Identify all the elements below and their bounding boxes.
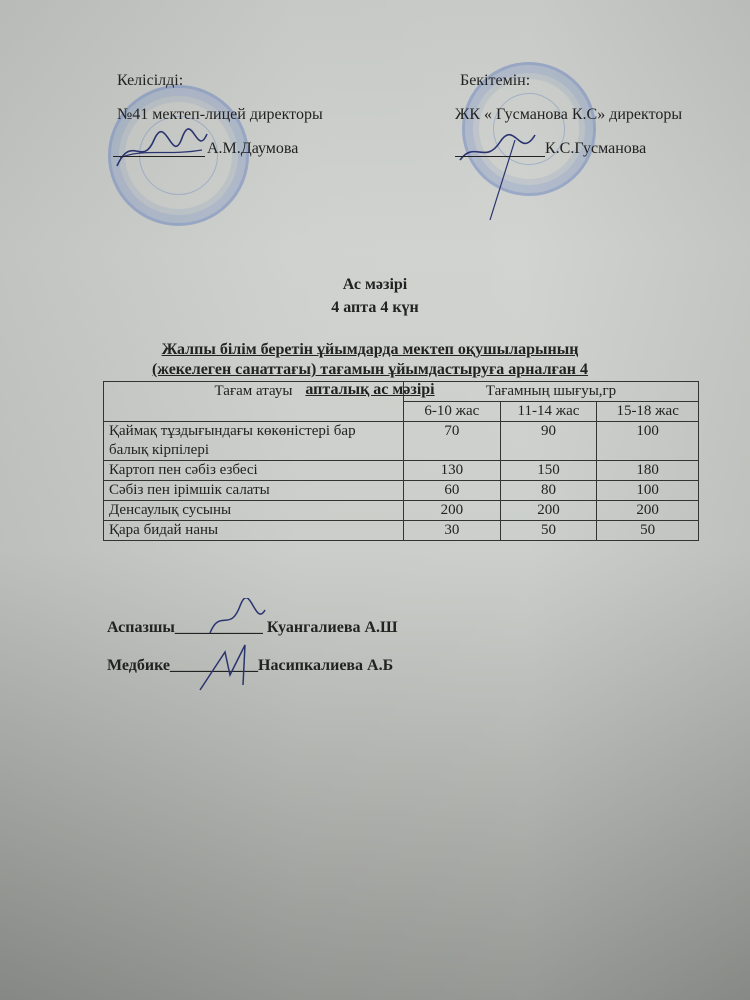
age-group-header: 6-10 жас	[403, 402, 500, 422]
dish-name: Сәбіз пен ірімшік салаты	[104, 481, 404, 501]
agreed-name: А.М.Даумова	[207, 140, 298, 158]
dish-name: Қара бидай наны	[104, 521, 404, 541]
dish-name: Қаймақ тұздығындағы көкөністері бар балы…	[104, 422, 404, 461]
portion-value: 150	[500, 461, 597, 481]
dish-name: Картоп пен сәбіз езбесі	[104, 461, 404, 481]
portion-value: 100	[597, 481, 699, 501]
table-row: Қара бидай наны305050	[104, 521, 699, 541]
age-group-header: 11-14 жас	[500, 402, 597, 422]
agreed-signature-line	[113, 156, 205, 157]
portion-value: 60	[403, 481, 500, 501]
dish-name-header: Тағам атауы	[104, 382, 404, 422]
approved-signature-line	[455, 156, 545, 157]
approver-signature-scribble	[455, 130, 545, 225]
nurse-name: Насипкалиева А.Б	[258, 657, 393, 674]
portion-value: 200	[403, 501, 500, 521]
portion-value: 130	[403, 461, 500, 481]
approved-heading: Бекітемін:	[460, 72, 530, 90]
portion-value: 50	[500, 521, 597, 541]
menu-period: 4 апта 4 күн	[0, 299, 750, 317]
menu-table: Тағам атауы Тағамның шығуы,гр 6-10 жас 1…	[103, 381, 699, 541]
portion-value: 200	[500, 501, 597, 521]
menu-title: Ас мәзірі	[0, 276, 750, 294]
portion-value: 200	[597, 501, 699, 521]
approved-position: ЖК « Гусманова К.С» директоры	[455, 106, 682, 124]
portion-value: 80	[500, 481, 597, 501]
approved-name: К.С.Гусманова	[545, 140, 646, 158]
agreed-heading: Келісілді:	[117, 72, 183, 90]
dish-name: Денсаулық сусыны	[104, 501, 404, 521]
portion-value: 180	[597, 461, 699, 481]
table-row: Картоп пен сәбіз езбесі130150180	[104, 461, 699, 481]
table-row: Қаймақ тұздығындағы көкөністері бар балы…	[104, 422, 699, 461]
portion-value: 30	[403, 521, 500, 541]
age-group-header: 15-18 жас	[597, 402, 699, 422]
table-row: Денсаулық сусыны200200200	[104, 501, 699, 521]
table-row: Сәбіз пен ірімшік салаты6080100	[104, 481, 699, 501]
portion-header: Тағамның шығуы,гр	[403, 382, 698, 402]
cook-role: Аспазшы	[107, 619, 175, 636]
nurse-signature-scribble	[195, 640, 265, 695]
portion-value: 100	[597, 422, 699, 461]
portion-value: 50	[597, 521, 699, 541]
portion-value: 90	[500, 422, 597, 461]
cook-signature-scribble	[205, 598, 270, 643]
portion-value: 70	[403, 422, 500, 461]
agreed-position: №41 мектеп-лицей директоры	[117, 106, 323, 124]
director-signature-scribble	[112, 128, 212, 173]
nurse-role: Медбике	[107, 657, 170, 674]
cook-name: Куангалиева А.Ш	[267, 619, 398, 636]
